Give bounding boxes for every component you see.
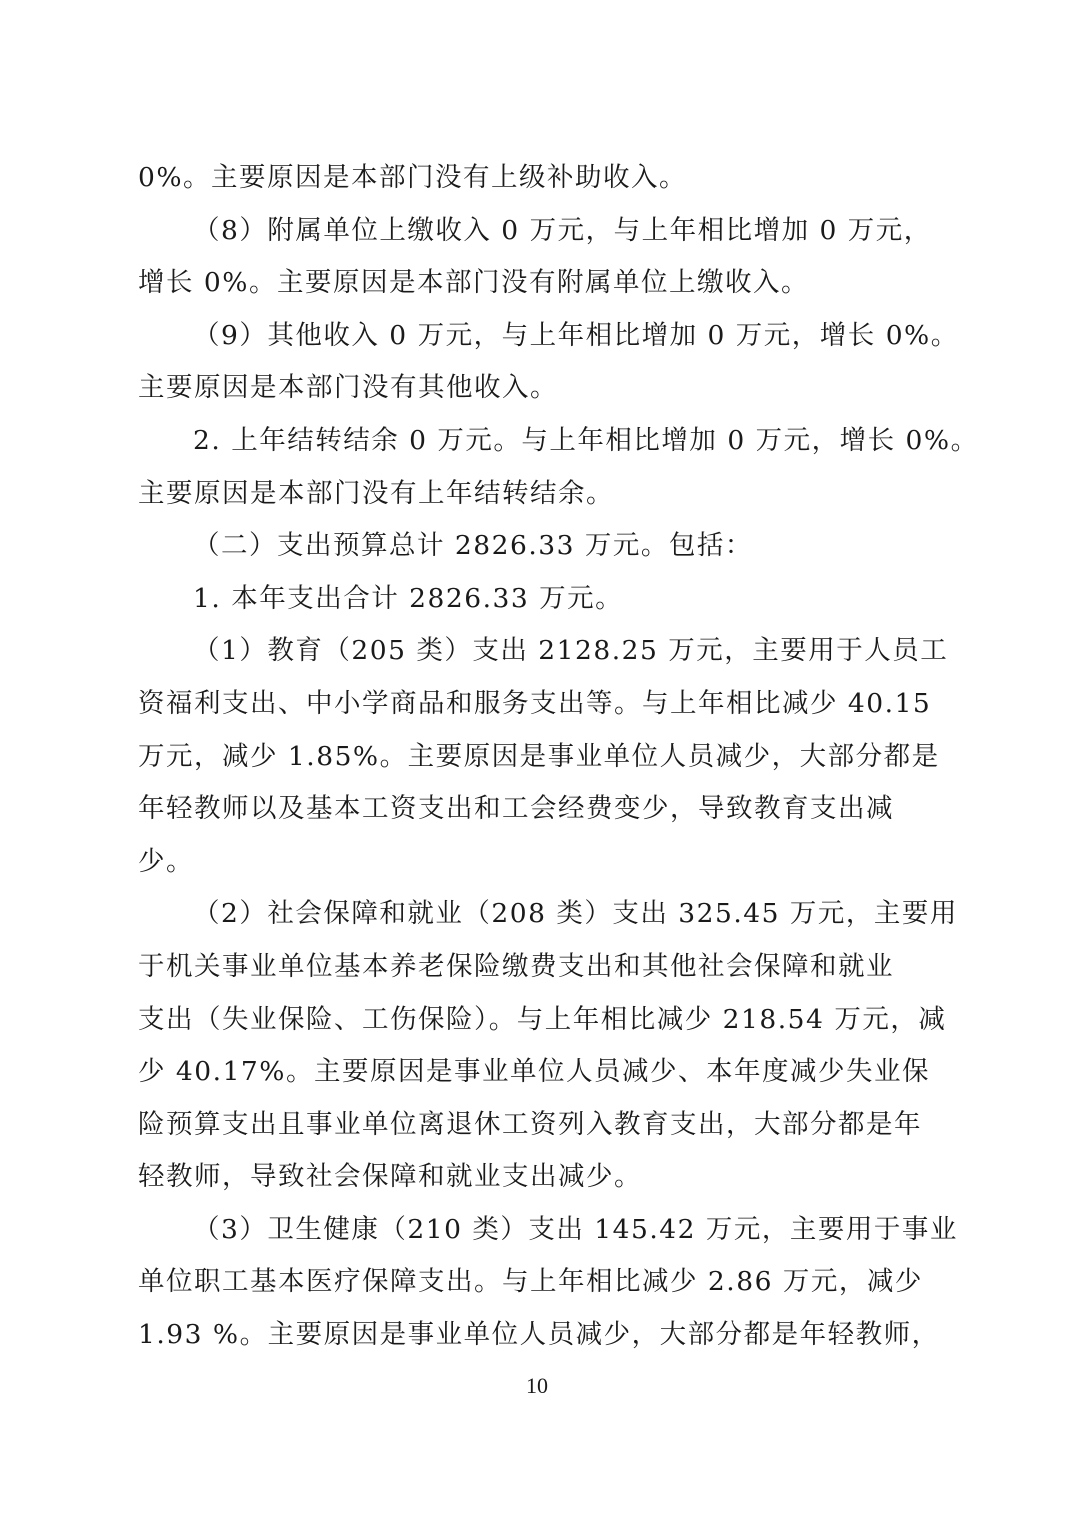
section-heading: （二）支出预算总计 2826.33 万元。包括： — [138, 520, 938, 573]
text-line: 增长 0%。主要原因是本部门没有附属单位上缴收入。 — [138, 257, 938, 310]
text-line: 年轻教师以及基本工资支出和工会经费变少，导致教育支出减 — [138, 783, 938, 836]
text-line: 少 40.17%。主要原因是事业单位人员减少、本年度减少失业保 — [138, 1046, 938, 1099]
text-line: 轻教师，导致社会保障和就业支出减少。 — [138, 1151, 938, 1204]
text-line: 主要原因是本部门没有其他收入。 — [138, 362, 938, 415]
text-line: 单位职工基本医疗保障支出。与上年相比减少 2.86 万元，减少 — [138, 1256, 938, 1309]
text-line: （8）附属单位上缴收入 0 万元，与上年相比增加 0 万元， — [138, 205, 938, 258]
text-line: （1）教育（205 类）支出 2128.25 万元，主要用于人员工 — [138, 625, 938, 678]
text-line: 0%。主要原因是本部门没有上级补助收入。 — [138, 152, 938, 205]
text-line: 1.93 %。主要原因是事业单位人员减少，大部分都是年轻教师， — [138, 1309, 938, 1362]
text-line: （2）社会保障和就业（208 类）支出 325.45 万元，主要用 — [138, 888, 938, 941]
document-body: 0%。主要原因是本部门没有上级补助收入。 （8）附属单位上缴收入 0 万元，与上… — [138, 152, 938, 1362]
text-line: 支出（失业保险、工伤保险）。与上年相比减少 218.54 万元，减 — [138, 994, 938, 1047]
text-line: （9）其他收入 0 万元，与上年相比增加 0 万元，增长 0%。 — [138, 310, 938, 363]
text-line: 险预算支出且事业单位离退休工资列入教育支出，大部分都是年 — [138, 1099, 938, 1152]
text-line: （3）卫生健康（210 类）支出 145.42 万元，主要用于事业 — [138, 1204, 938, 1257]
text-line: 于机关事业单位基本养老保险缴费支出和其他社会保障和就业 — [138, 941, 938, 994]
text-line: 万元，减少 1.85%。主要原因是事业单位人员减少，大部分都是 — [138, 731, 938, 784]
text-line: 少。 — [138, 836, 938, 889]
text-line: 主要原因是本部门没有上年结转结余。 — [138, 468, 938, 521]
text-line: 1. 本年支出合计 2826.33 万元。 — [138, 573, 938, 626]
text-line: 资福利支出、中小学商品和服务支出等。与上年相比减少 40.15 — [138, 678, 938, 731]
page-number: 10 — [0, 1373, 1074, 1399]
text-line: 2. 上年结转结余 0 万元。与上年相比增加 0 万元，增长 0%。 — [138, 415, 938, 468]
